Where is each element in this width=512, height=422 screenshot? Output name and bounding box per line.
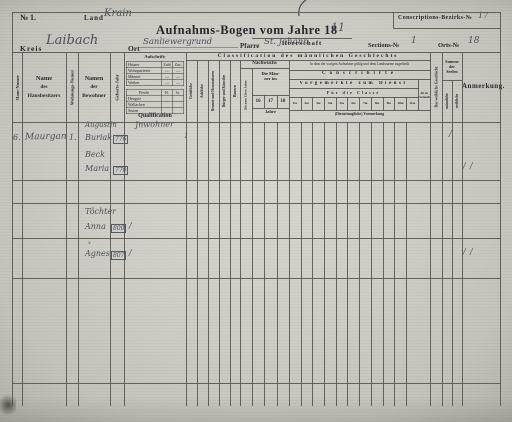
grid-line xyxy=(406,122,407,406)
col-buerger: Bürger und Künstler xyxy=(219,60,230,122)
grid-line xyxy=(264,95,265,108)
grid-line xyxy=(359,122,360,406)
grid-line xyxy=(406,97,407,110)
land-value-handwritten: Krain xyxy=(104,8,132,19)
service-note: In dem der vorigen Aufnahme gültig und d… xyxy=(290,62,429,66)
grid-line xyxy=(277,122,278,406)
summe-col-weiblich-label: weibliche xyxy=(455,94,459,108)
summary-dash: — xyxy=(173,80,184,86)
grid-line xyxy=(252,95,289,96)
grid-line xyxy=(12,278,501,279)
col-haus-numer-label: Haus-Numer xyxy=(15,75,20,100)
entry-tally-tick: / xyxy=(470,161,473,170)
col-adeliche-label: Adeliche xyxy=(201,84,205,98)
entry-resident-name: Anna xyxy=(85,222,106,231)
anmerkung-label: Anmerkung. xyxy=(462,82,500,90)
classe-cell: 2te xyxy=(301,97,313,110)
classe-cell: 4te xyxy=(324,97,336,110)
col-bewohner: Namen der Bewohner xyxy=(78,52,110,122)
summe-col-weiblich: weibliche xyxy=(452,80,462,122)
nachwuchs-caption: Die Män- ner im xyxy=(252,71,289,81)
entry-resident-name: Maria xyxy=(85,164,109,173)
conscribirte-label: Conscribirte xyxy=(289,71,430,76)
entry-owner-name: Maurgan xyxy=(25,132,67,143)
summary-dash: — xyxy=(162,80,173,86)
entry-tally-tick: / xyxy=(470,247,473,256)
grid-line xyxy=(12,203,501,204)
entry-tally-tick: / xyxy=(463,247,466,256)
grid-line xyxy=(186,60,431,61)
col-beamte: Beamte und Honoratioren xyxy=(208,60,219,122)
summe-header: Summe der Seelen xyxy=(442,52,462,80)
nachwuchs-jahre-label: Jahre xyxy=(252,109,289,114)
col-bewohner-line1: Namen xyxy=(85,76,103,82)
summary-col-zahl: Zahl xyxy=(162,62,173,68)
classe-cell: 10te xyxy=(395,97,407,110)
classe-cell: 5te xyxy=(336,97,348,110)
grid-line xyxy=(22,52,23,406)
classe-cell: 1te xyxy=(289,97,301,110)
entry-resident-name: Beck xyxy=(85,150,105,159)
grid-line xyxy=(289,60,290,406)
entry-qualification: Jnwohner xyxy=(135,119,174,129)
scan-smudge xyxy=(0,392,16,418)
grid-line xyxy=(371,97,372,110)
entry-dwelling-number: 1. xyxy=(69,133,77,142)
nachwuchs-side-col: Bis zum 15ten Jahre xyxy=(240,68,252,122)
grid-line xyxy=(110,52,111,406)
grid-line xyxy=(394,122,395,406)
col-wohnungs-numer-label: Wohnungs-Numer xyxy=(70,69,75,105)
grid-line xyxy=(289,79,431,80)
col-bewohner-line2: der xyxy=(90,85,97,90)
sheet-number: № 1. xyxy=(20,13,36,22)
grid-line xyxy=(301,122,302,406)
form-title: Aufnahms-Bogen vom Jahre 18 xyxy=(156,23,338,38)
grid-line xyxy=(240,60,241,406)
nachwuchs-caption-line2: ner im xyxy=(264,76,277,81)
grid-line xyxy=(462,52,463,406)
grid-line xyxy=(289,110,431,111)
summary-box: Häuser Zahl Zus. Wohnparteien — — Männer… xyxy=(126,61,184,86)
grid-line xyxy=(124,52,125,406)
col-weibliches-geschlecht: Das weibliche Geschlecht xyxy=(430,52,442,122)
vormerkung-bottom-label: (Diensttaugliche) Vormerkung xyxy=(289,112,430,116)
grid-line xyxy=(12,238,501,239)
classe-cell: 3te xyxy=(312,97,324,110)
grid-line xyxy=(336,122,337,406)
classe-label: Für die Classe xyxy=(289,90,418,95)
classe-cell: 11te xyxy=(406,97,418,110)
grid-line xyxy=(12,12,13,406)
entry-tally-tick: / xyxy=(129,248,132,257)
grid-line xyxy=(347,97,348,110)
col-wohnungs-numer: Wohnungs-Numer xyxy=(66,52,78,122)
classe-cell: 9te xyxy=(383,97,395,110)
grid-line xyxy=(12,180,501,181)
grid-line xyxy=(371,122,372,406)
col-haus-numer: Haus-Numer xyxy=(12,52,22,122)
grid-line xyxy=(359,97,360,110)
grid-line xyxy=(78,52,79,406)
col-geburtsjahr: Geburts-Jahr xyxy=(110,52,124,122)
col-geistliche: Geistliche xyxy=(186,60,197,122)
summary-box-heading: Aufschrift: xyxy=(125,54,185,59)
entry-group-title: Töchter xyxy=(85,207,116,216)
summary-cell: Weiber xyxy=(127,80,162,86)
grid-line xyxy=(394,97,395,110)
col-weibliches-geschlecht-label: Das weibliche Geschlecht xyxy=(434,67,438,108)
nachwuchs-year-16: 16 xyxy=(252,95,264,108)
nachwuchs-year-cells: 16 17 18 xyxy=(252,95,289,108)
sections-value-handwritten: 1 xyxy=(411,36,417,46)
grid-line xyxy=(393,28,500,29)
classe-cell: 8te xyxy=(371,97,383,110)
entry-tally-tick: / xyxy=(463,161,466,170)
grid-line xyxy=(289,97,419,98)
grid-line xyxy=(289,88,419,89)
kreis-value-handwritten: Laibach xyxy=(46,33,98,48)
col-hausbesitzer: Name des Hausbesitzers xyxy=(22,52,66,122)
grid-line xyxy=(500,12,501,406)
classe-cell: 7te xyxy=(359,97,371,110)
grid-line xyxy=(452,80,453,406)
grid-line xyxy=(383,97,384,110)
grid-line xyxy=(324,97,325,110)
col-bewohner-line3: Bewohner xyxy=(82,93,106,99)
classification-title: Classification des männlichen Geschlecht… xyxy=(186,53,430,59)
ink-flourish xyxy=(296,0,308,16)
col-owner-line3: Hausbesitzers xyxy=(28,93,61,99)
ab-vormerk-line2: Vormerk xyxy=(418,95,430,99)
grid-line xyxy=(312,122,313,406)
conscription-district-label: Conscriptions-Bezirks-№ xyxy=(398,15,472,21)
col-beamte-label: Beamte und Honoratioren xyxy=(212,71,216,111)
entry-birthyear: 776 xyxy=(113,135,128,144)
grid-line xyxy=(12,383,501,384)
sections-label: Sections-№ xyxy=(368,42,399,49)
entry-resident-surname: Buriak xyxy=(85,133,112,142)
grid-line xyxy=(66,52,67,406)
grid-line xyxy=(277,95,278,108)
ort-value-handwritten: Sanliewergrund xyxy=(143,37,212,47)
grid-line xyxy=(418,79,419,110)
grid-line xyxy=(312,97,313,110)
nachwuchs-side-label: Bis zum 15ten Jahre xyxy=(244,80,248,109)
land-label: Land xyxy=(84,14,104,22)
grid-line xyxy=(289,70,431,71)
orts-label: Orts-№ xyxy=(438,42,459,49)
scanned-census-sheet: № 1. Land Krain Conscriptions-Bezirks-№ … xyxy=(0,0,512,422)
col-qualification-label: Qualification xyxy=(124,113,186,119)
grid-line xyxy=(324,122,325,406)
grid-line xyxy=(12,12,501,13)
grid-line xyxy=(12,52,501,53)
classe-cells: 1te 2te 3te 4te 5te 6te 7te 8te 9te 10te… xyxy=(289,97,418,110)
grid-line xyxy=(197,60,198,406)
grid-line xyxy=(12,122,501,123)
grid-line xyxy=(230,60,231,406)
col-geburtsjahr-label: Geburts-Jahr xyxy=(115,74,120,100)
col-geistliche-label: Geistliche xyxy=(190,83,194,99)
ab-vormerk-box: Ab in Vormerk xyxy=(418,79,430,110)
ort-rule xyxy=(138,47,238,48)
entry-mark: x xyxy=(88,240,91,246)
grid-line xyxy=(186,52,187,406)
vorgemerkte-label: Vorgemerkte zum Dienst xyxy=(289,81,418,86)
classe-cell: 6te xyxy=(348,97,360,110)
grid-line xyxy=(252,68,253,406)
entry-resident-name: Agnes xyxy=(85,249,110,258)
nachwuchs-title: Nachwuchs xyxy=(240,61,289,66)
orts-value-handwritten: 18 xyxy=(468,36,479,46)
grid-line xyxy=(240,68,289,69)
col-owner-line1: Name xyxy=(36,75,52,82)
grid-line xyxy=(219,60,220,406)
col-buerger-label: Bürger und Künstler xyxy=(223,75,227,107)
grid-line xyxy=(430,52,431,406)
grid-line xyxy=(336,97,337,110)
grid-line xyxy=(208,60,209,406)
col-owner-line2: des xyxy=(41,85,48,90)
summe-line3: Seelen xyxy=(446,69,457,74)
grid-line xyxy=(264,122,265,406)
entry-tally-tick: / xyxy=(129,221,132,230)
summe-col-maennlich-label: männliche xyxy=(445,93,449,109)
grid-line xyxy=(301,97,302,110)
pfarre-label: Pfarre xyxy=(240,42,259,50)
col-bauern-label: Bauern xyxy=(233,85,237,97)
grid-line xyxy=(252,108,289,109)
nachwuchs-year-18: 18 xyxy=(277,95,289,108)
nachwuchs-year-17: 17 xyxy=(264,95,276,108)
grid-line xyxy=(383,122,384,406)
grid-line xyxy=(393,12,394,28)
grid-line xyxy=(347,122,348,406)
form-year-handwritten: 11 xyxy=(331,21,345,34)
horses-box: Pferde H. St. Hengste Wallachen Stuten xyxy=(126,89,184,114)
entry-birthyear: 770 xyxy=(113,166,128,175)
summe-col-maennlich: männliche xyxy=(442,80,452,122)
summary-row: Weiber — — xyxy=(127,80,184,86)
pfarre-value-handwritten: St. Johann xyxy=(264,37,309,47)
col-adeliche: Adeliche xyxy=(197,60,208,122)
entry-house-number: 6. xyxy=(13,133,21,142)
col-bauern: Bauern xyxy=(230,60,240,122)
grid-line xyxy=(442,52,443,406)
